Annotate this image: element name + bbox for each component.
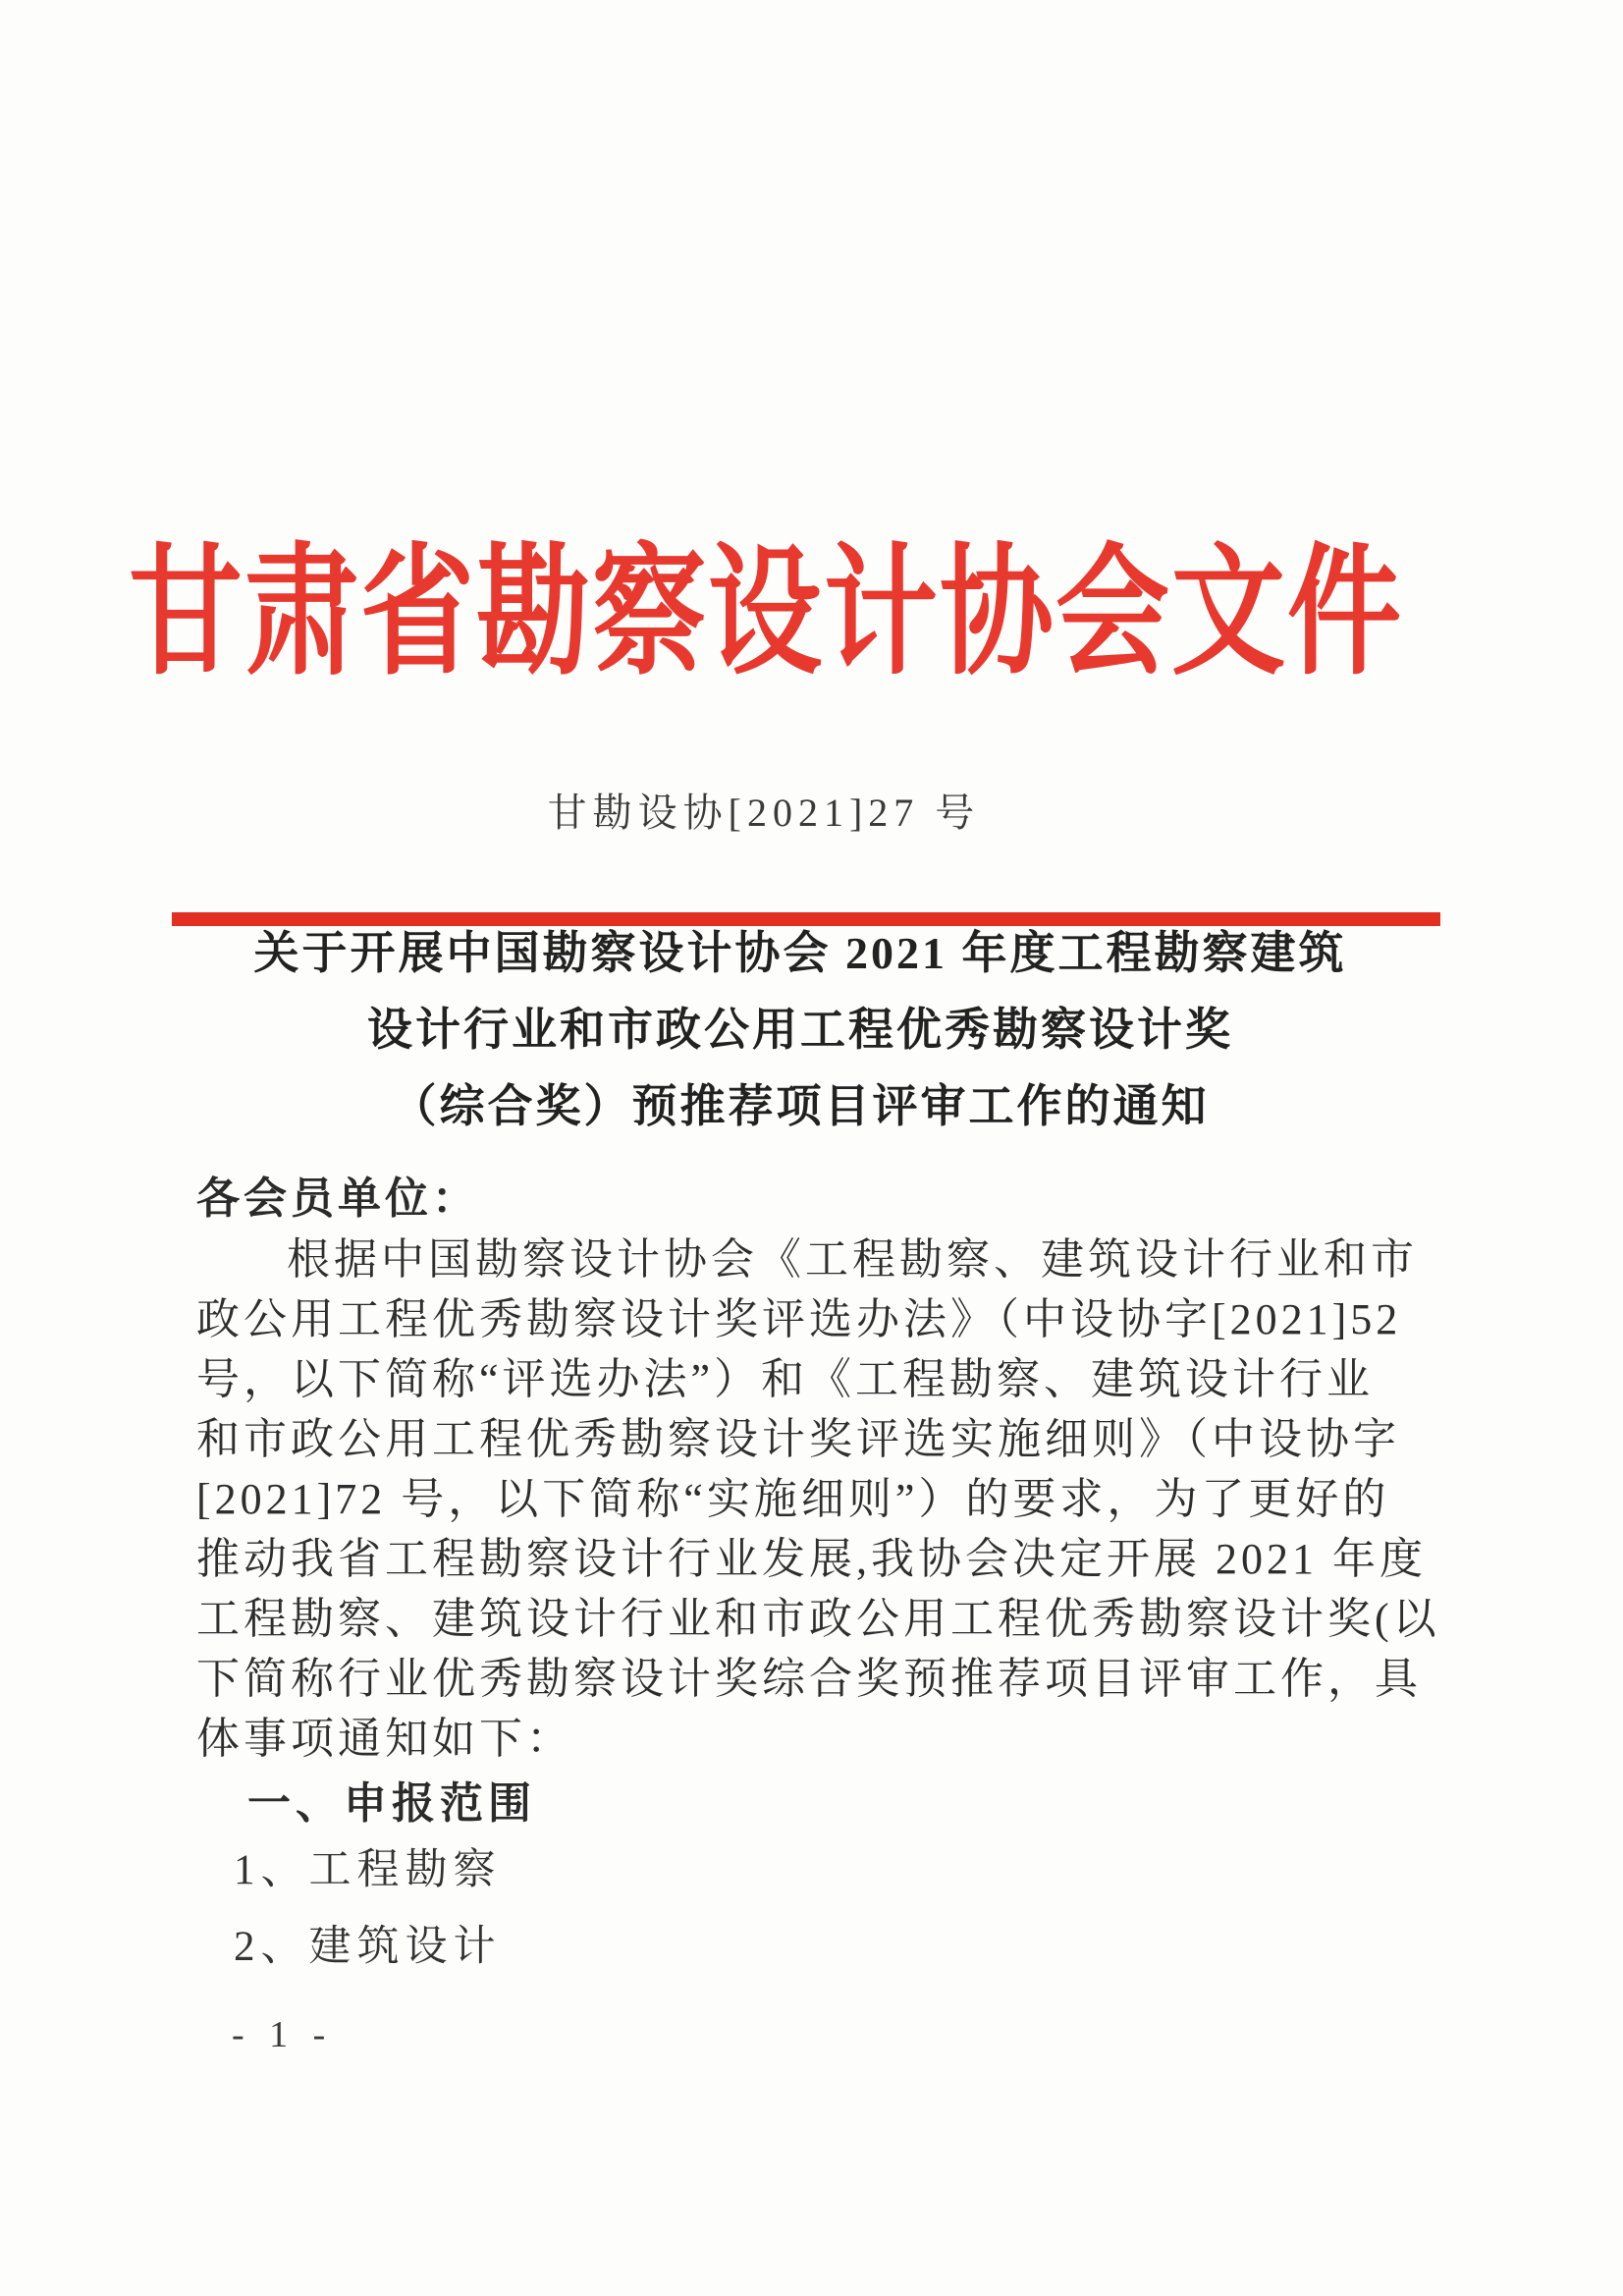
paragraph-line: 政公用工程优秀勘察设计奖评选办法》（中设协字[2021]52 — [196, 1289, 1473, 1349]
paragraph-line: 下简称行业优秀勘察设计奖综合奖预推荐项目评审工作，具 — [196, 1649, 1473, 1709]
paragraph-line: [2021]72 号，以下简称“实施细则”）的要求，为了更好的 — [196, 1469, 1473, 1529]
paragraph-line: 工程勘察、建筑设计行业和市政公用工程优秀勘察设计奖(以 — [196, 1589, 1473, 1649]
paragraph-line: 根据中国勘察设计协会《工程勘察、建筑设计行业和市 — [196, 1230, 1473, 1289]
doc-title-line-3: （综合奖）预推荐项目评审工作的通知 — [98, 1068, 1502, 1145]
list-item-2: 2、建筑设计 — [234, 1913, 502, 1973]
doc-title-line-1: 关于开展中国勘察设计协会 2021 年度工程勘察建筑 — [98, 915, 1502, 992]
salutation: 各会员单位： — [196, 1163, 479, 1226]
paragraph-line: 体事项通知如下： — [196, 1709, 1473, 1769]
doc-number: 甘勘设协[2021]27 号 — [0, 782, 1528, 838]
doc-title-line-2: 设计行业和市政公用工程优秀勘察设计奖 — [98, 992, 1502, 1068]
paragraph-line: 推动我省工程勘察设计行业发展,我协会决定开展 2021 年度 — [196, 1529, 1473, 1589]
page-number: - 1 - — [232, 2013, 333, 2056]
document-page: 甘肃省勘察设计协会文件 甘勘设协[2021]27 号 关于开展中国勘察设计协会 … — [0, 0, 1623, 2296]
section-heading-application-scope: 一、申报范围 — [247, 1768, 536, 1831]
paragraph-line: 和市政公用工程优秀勘察设计奖评选实施细则》（中设协字 — [196, 1409, 1473, 1469]
list-item-1: 1、工程勘察 — [234, 1836, 502, 1896]
banner-title: 甘肃省勘察设计协会文件 — [0, 499, 1532, 702]
doc-title: 关于开展中国勘察设计协会 2021 年度工程勘察建筑 设计行业和市政公用工程优秀… — [98, 915, 1502, 1145]
body-paragraph: 根据中国勘察设计协会《工程勘察、建筑设计行业和市 政公用工程优秀勘察设计奖评选办… — [196, 1230, 1473, 1769]
paragraph-line: 号，以下简称“评选办法”）和《工程勘察、建筑设计行业 — [196, 1349, 1473, 1409]
